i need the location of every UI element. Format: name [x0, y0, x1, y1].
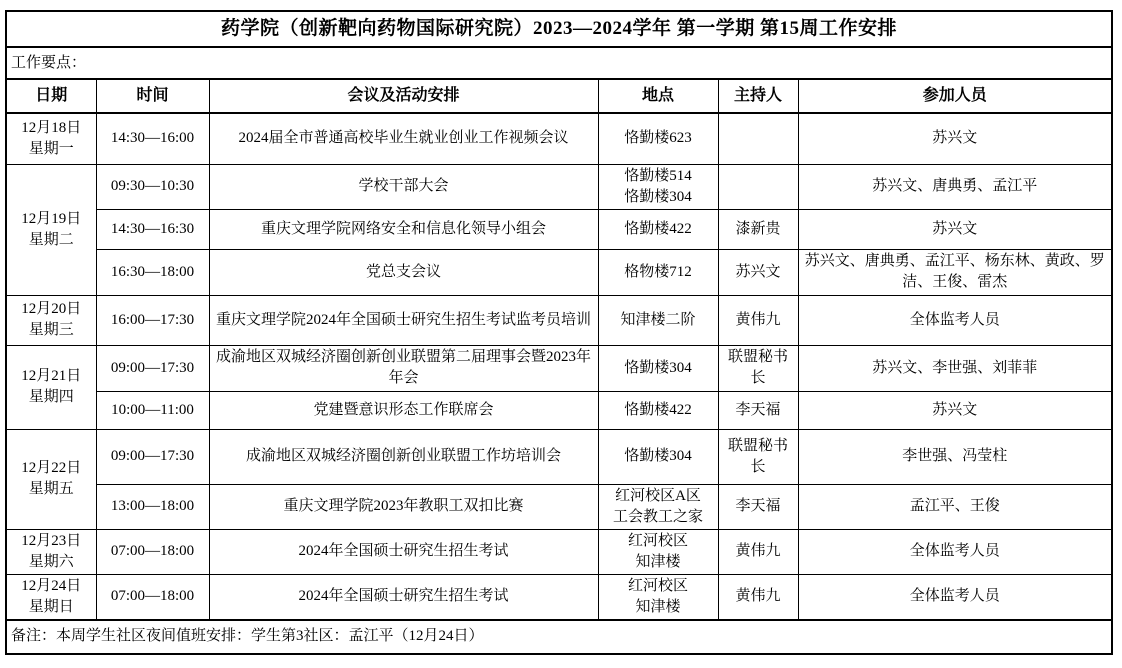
time-cell: 09:00—17:30 [96, 345, 209, 391]
time-cell: 14:30—16:00 [96, 113, 209, 164]
host-cell [718, 164, 798, 209]
location-cell: 恪勤楼623 [598, 113, 718, 164]
page-title: 药学院（创新靶向药物国际研究院）2023—2024学年 第一学期 第15周工作安… [6, 11, 1112, 47]
date-text: 12月22日 [21, 460, 81, 476]
host-cell: 李天福 [718, 484, 798, 529]
activity-cell: 2024年全国硕士研究生招生考试 [209, 529, 598, 574]
date-text: 12月20日 [21, 301, 81, 317]
participants-cell: 苏兴文、李世强、刘菲菲 [798, 345, 1112, 391]
header-location: 地点 [598, 79, 718, 113]
table-row: 12月18日星期一 14:30—16:00 2024届全市普通高校毕业生就业创业… [6, 113, 1112, 164]
activity-cell: 成渝地区双城经济圈创新创业联盟工作坊培训会 [209, 429, 598, 484]
header-host: 主持人 [718, 79, 798, 113]
table-row: 12月24日星期日 07:00—18:00 2024年全国硕士研究生招生考试 红… [6, 574, 1112, 620]
activity-cell: 学校干部大会 [209, 164, 598, 209]
activity-cell: 党建暨意识形态工作联席会 [209, 391, 598, 429]
activity-cell: 2024届全市普通高校毕业生就业创业工作视频会议 [209, 113, 598, 164]
host-cell: 联盟秘书长 [718, 429, 798, 484]
location-cell: 恪勤楼422 [598, 391, 718, 429]
weekday-text: 星期一 [29, 141, 74, 157]
location-cell: 红河校区 知津楼 [598, 574, 718, 620]
activity-cell: 党总支会议 [209, 249, 598, 295]
time-cell: 16:00—17:30 [96, 295, 209, 345]
workpoints-row: 工作要点： [6, 47, 1112, 79]
time-cell: 09:00—17:30 [96, 429, 209, 484]
activity-cell: 重庆文理学院网络安全和信息化领导小组会 [209, 209, 598, 249]
table-row: 12月19日星期二 09:30—10:30 学校干部大会 恪勤楼514 恪勤楼3… [6, 164, 1112, 209]
time-cell: 10:00—11:00 [96, 391, 209, 429]
table-row: 16:30—18:00 党总支会议 格物楼712 苏兴文 苏兴文、唐典勇、孟江平… [6, 249, 1112, 295]
date-cell: 12月22日星期五 [6, 429, 96, 529]
time-cell: 13:00—18:00 [96, 484, 209, 529]
weekday-text: 星期六 [29, 554, 74, 570]
activity-cell: 2024年全国硕士研究生招生考试 [209, 574, 598, 620]
time-cell: 07:00—18:00 [96, 574, 209, 620]
schedule-table: 药学院（创新靶向药物国际研究院）2023—2024学年 第一学期 第15周工作安… [5, 10, 1113, 655]
title-row: 药学院（创新靶向药物国际研究院）2023—2024学年 第一学期 第15周工作安… [6, 11, 1112, 47]
time-cell: 09:30—10:30 [96, 164, 209, 209]
host-cell: 黄伟九 [718, 295, 798, 345]
schedule-sheet: 药学院（创新靶向药物国际研究院）2023—2024学年 第一学期 第15周工作安… [5, 10, 1113, 655]
table-row: 13:00—18:00 重庆文理学院2023年教职工双扣比赛 红河校区A区 工会… [6, 484, 1112, 529]
date-cell: 12月19日星期二 [6, 164, 96, 295]
weekday-text: 星期五 [29, 481, 74, 497]
workpoints-label: 工作要点： [6, 47, 1112, 79]
date-text: 12月24日 [21, 578, 81, 594]
location-cell: 恪勤楼304 [598, 429, 718, 484]
activity-cell: 重庆文理学院2024年全国硕士研究生招生考试监考员培训 [209, 295, 598, 345]
host-cell: 李天福 [718, 391, 798, 429]
table-row: 12月23日星期六 07:00—18:00 2024年全国硕士研究生招生考试 红… [6, 529, 1112, 574]
host-cell: 漆新贵 [718, 209, 798, 249]
time-cell: 16:30—18:00 [96, 249, 209, 295]
host-cell: 苏兴文 [718, 249, 798, 295]
header-participants: 参加人员 [798, 79, 1112, 113]
date-cell: 12月21日星期四 [6, 345, 96, 429]
location-cell: 恪勤楼422 [598, 209, 718, 249]
participants-cell: 李世强、冯莹柱 [798, 429, 1112, 484]
header-date: 日期 [6, 79, 96, 113]
date-cell: 12月20日星期三 [6, 295, 96, 345]
location-cell: 恪勤楼304 [598, 345, 718, 391]
participants-cell: 全体监考人员 [798, 574, 1112, 620]
activity-cell: 成渝地区双城经济圈创新创业联盟第二届理事会暨2023年年会 [209, 345, 598, 391]
host-cell: 联盟秘书长 [718, 345, 798, 391]
participants-cell: 苏兴文 [798, 113, 1112, 164]
host-cell: 黄伟九 [718, 574, 798, 620]
date-cell: 12月18日星期一 [6, 113, 96, 164]
date-text: 12月19日 [21, 211, 81, 227]
date-text: 12月18日 [21, 120, 81, 136]
weekday-text: 星期二 [29, 232, 74, 248]
participants-cell: 全体监考人员 [798, 529, 1112, 574]
time-cell: 07:00—18:00 [96, 529, 209, 574]
participants-cell: 全体监考人员 [798, 295, 1112, 345]
table-row: 12月21日星期四 09:00—17:30 成渝地区双城经济圈创新创业联盟第二届… [6, 345, 1112, 391]
table-row: 12月22日星期五 09:00—17:30 成渝地区双城经济圈创新创业联盟工作坊… [6, 429, 1112, 484]
weekday-text: 星期三 [29, 322, 74, 338]
table-row: 12月20日星期三 16:00—17:30 重庆文理学院2024年全国硕士研究生… [6, 295, 1112, 345]
table-header-row: 日期 时间 会议及活动安排 地点 主持人 参加人员 [6, 79, 1112, 113]
time-cell: 14:30—16:30 [96, 209, 209, 249]
table-row: 10:00—11:00 党建暨意识形态工作联席会 恪勤楼422 李天福 苏兴文 [6, 391, 1112, 429]
participants-cell: 孟江平、王俊 [798, 484, 1112, 529]
location-cell: 知津楼二阶 [598, 295, 718, 345]
participants-cell: 苏兴文、唐典勇、孟江平、杨东林、黄政、罗洁、王俊、雷杰 [798, 249, 1112, 295]
activity-cell: 重庆文理学院2023年教职工双扣比赛 [209, 484, 598, 529]
date-text: 12月23日 [21, 533, 81, 549]
location-cell: 格物楼712 [598, 249, 718, 295]
note-text: 备注：本周学生社区夜间值班安排：学生第3社区：孟江平（12月24日） [6, 620, 1112, 654]
date-cell: 12月23日星期六 [6, 529, 96, 574]
participants-cell: 苏兴文、唐典勇、孟江平 [798, 164, 1112, 209]
participants-cell: 苏兴文 [798, 391, 1112, 429]
note-row: 备注：本周学生社区夜间值班安排：学生第3社区：孟江平（12月24日） [6, 620, 1112, 654]
location-cell: 红河校区 知津楼 [598, 529, 718, 574]
table-row: 14:30—16:30 重庆文理学院网络安全和信息化领导小组会 恪勤楼422 漆… [6, 209, 1112, 249]
weekday-text: 星期日 [29, 599, 74, 615]
location-cell: 恪勤楼514 恪勤楼304 [598, 164, 718, 209]
header-activity: 会议及活动安排 [209, 79, 598, 113]
participants-cell: 苏兴文 [798, 209, 1112, 249]
header-time: 时间 [96, 79, 209, 113]
location-cell: 红河校区A区 工会教工之家 [598, 484, 718, 529]
date-text: 12月21日 [21, 368, 81, 384]
weekday-text: 星期四 [29, 389, 74, 405]
date-cell: 12月24日星期日 [6, 574, 96, 620]
host-cell [718, 113, 798, 164]
host-cell: 黄伟九 [718, 529, 798, 574]
